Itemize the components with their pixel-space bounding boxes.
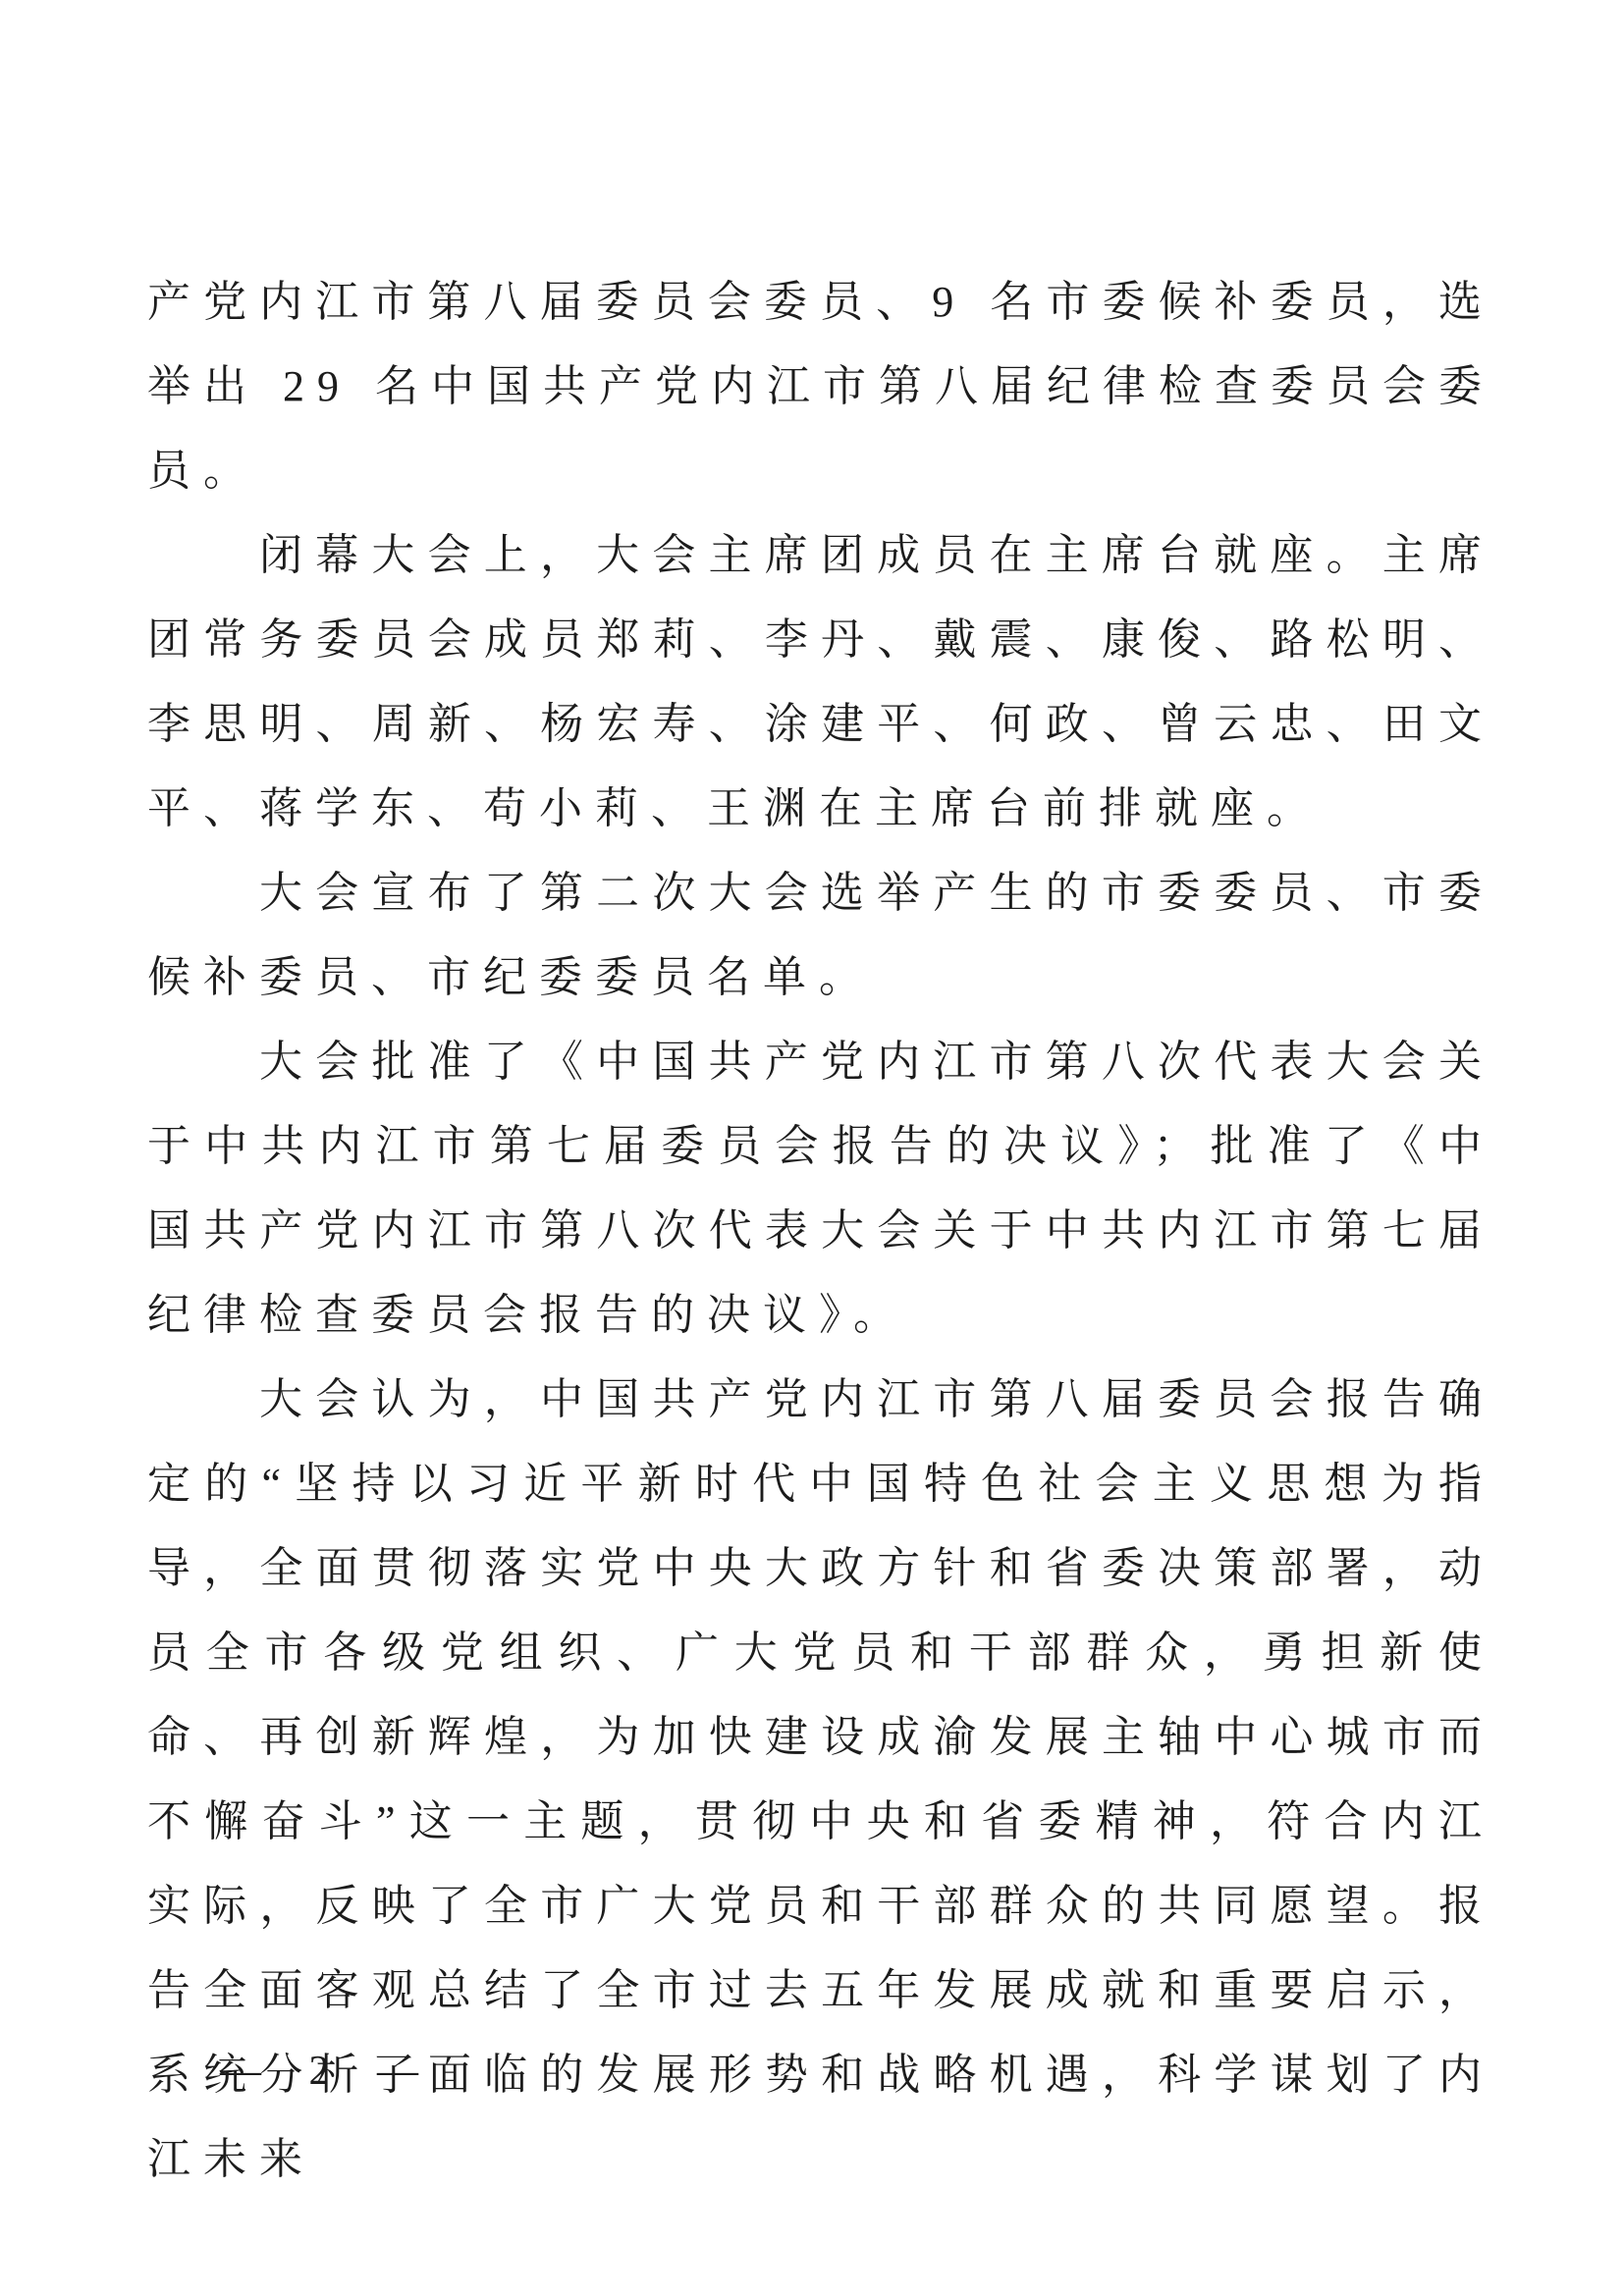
paragraph-1: 产党内江市第八届委员会委员、9 名市委候补委员，选举出 29 名中国共产党内江市… <box>147 260 1494 513</box>
paragraph-2: 闭幕大会上，大会主席团成员在主席台就座。主席团常务委员会成员郑莉、李丹、戴震、康… <box>147 513 1494 851</box>
paragraph-4: 大会批准了《中国共产党内江市第八次代表大会关于中共内江市第七届委员会报告的决议》… <box>147 1020 1494 1358</box>
page-number: — 2 — <box>220 2048 428 2095</box>
document-page: 产党内江市第八届委员会委员、9 名市委候补委员，选举出 29 名中国共产党内江市… <box>0 0 1624 2296</box>
document-body: 产党内江市第八届委员会委员、9 名市委候补委员，选举出 29 名中国共产党内江市… <box>147 260 1494 2202</box>
paragraph-3: 大会宣布了第二次大会选举产生的市委委员、市委候补委员、市纪委委员名单。 <box>147 851 1494 1020</box>
